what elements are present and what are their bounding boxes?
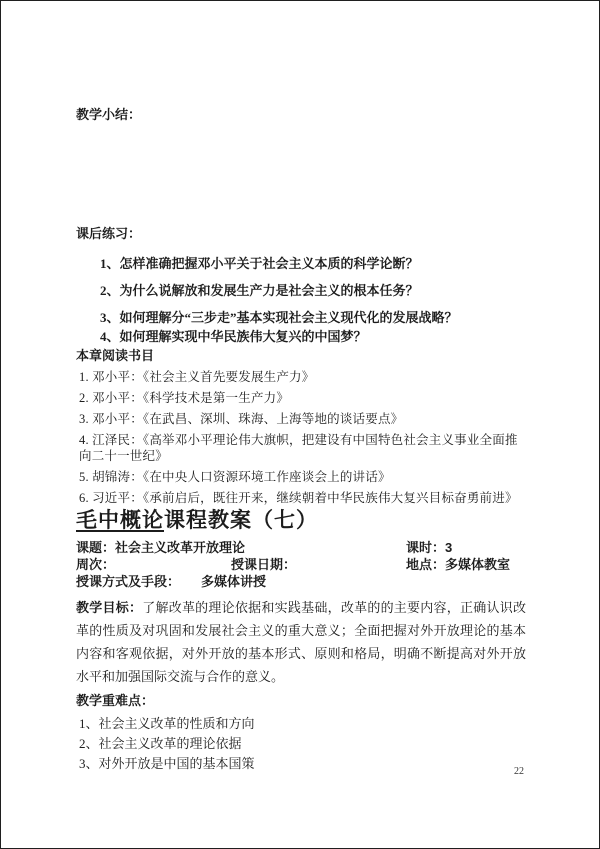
keypoint-2: 2、社会主义改革的理论依据	[76, 736, 526, 752]
reading-item-5: 5. 胡锦涛：《在中央人口资源环境工作座谈会上的讲话》	[76, 469, 526, 485]
lesson-location: 地点：多媒体教室	[406, 556, 510, 573]
key-difficult-points-heading: 教学重难点：	[76, 693, 526, 709]
practice-question-3: 3、如何理解分“三步走”基本实现社会主义现代化的发展战略？	[76, 310, 526, 326]
practice-question-4: 4、如何理解实现中华民族伟大复兴的中国梦？	[76, 329, 526, 345]
lesson-title-rest: 课程教案（七）	[164, 509, 318, 532]
keypoint-3: 3、对外开放是中国的基本国策	[76, 756, 526, 772]
lesson-topic: 课题：社会主义改革开放理论	[76, 539, 245, 556]
lesson-meta-row-3: 授课方式及手段： 多媒体讲授	[76, 573, 526, 590]
lesson-hours: 课时：3	[406, 539, 452, 556]
practice-question-1: 1、怎样准确把握邓小平关于社会主义本质的科学论断？	[76, 256, 526, 272]
reading-item-3: 3. 邓小平：《在武昌、深圳、珠海、上海等地的谈话要点》	[76, 411, 526, 427]
lesson-week: 周次：	[76, 556, 115, 573]
document-page: 教学小结： 课后练习： 1、怎样准确把握邓小平关于社会主义本质的科学论断？ 2、…	[0, 0, 600, 849]
reading-item-4: 4. 江泽民：《高举邓小平理论伟大旗帜，把建设有中国特色社会主义事业全面推向二十…	[76, 432, 526, 464]
document-content: 教学小结： 课后练习： 1、怎样准确把握邓小平关于社会主义本质的科学论断？ 2、…	[1, 107, 599, 772]
lesson-plan-title: 毛中概论课程教案（七）	[76, 508, 526, 534]
teaching-objectives: 教学目标：了解改革的理论依据和实践基础，改革的的主要内容，正确认识改革的性质及对…	[76, 596, 526, 688]
teaching-mode-label: 授课方式及手段：	[76, 573, 180, 590]
lesson-date: 授课日期：	[231, 556, 296, 573]
chapter-reading-heading: 本章阅读书目	[76, 348, 526, 364]
lesson-meta-row-2: 周次： 授课日期： 地点：多媒体教室	[76, 556, 526, 573]
teaching-summary-heading: 教学小结：	[76, 107, 526, 123]
practice-question-2: 2、为什么说解放和发展生产力是社会主义的根本任务？	[76, 283, 526, 299]
page-number: 22	[514, 766, 524, 777]
teaching-mode-value: 多媒体讲授	[201, 573, 266, 590]
reading-item-1: 1. 邓小平：《社会主义首先要发展生产力》	[76, 369, 526, 385]
teaching-objectives-text: 了解改革的理论依据和实践基础，改革的的主要内容，正确认识改革的性质及对巩固和发展…	[76, 600, 526, 684]
lesson-title-underlined-part: 毛中概论	[76, 509, 164, 532]
reading-item-2: 2. 邓小平：《科学技术是第一生产力》	[76, 390, 526, 406]
keypoint-1: 1、社会主义改革的性质和方向	[76, 716, 526, 732]
teaching-objectives-label: 教学目标：	[76, 600, 142, 615]
after-class-practice-heading: 课后练习：	[76, 226, 526, 242]
reading-item-6: 6. 习近平：《承前启后，既往开来，继续朝着中华民族伟大复兴目标奋勇前进》	[76, 490, 526, 506]
lesson-meta-row-1: 课题：社会主义改革开放理论 课时：3	[76, 539, 526, 556]
